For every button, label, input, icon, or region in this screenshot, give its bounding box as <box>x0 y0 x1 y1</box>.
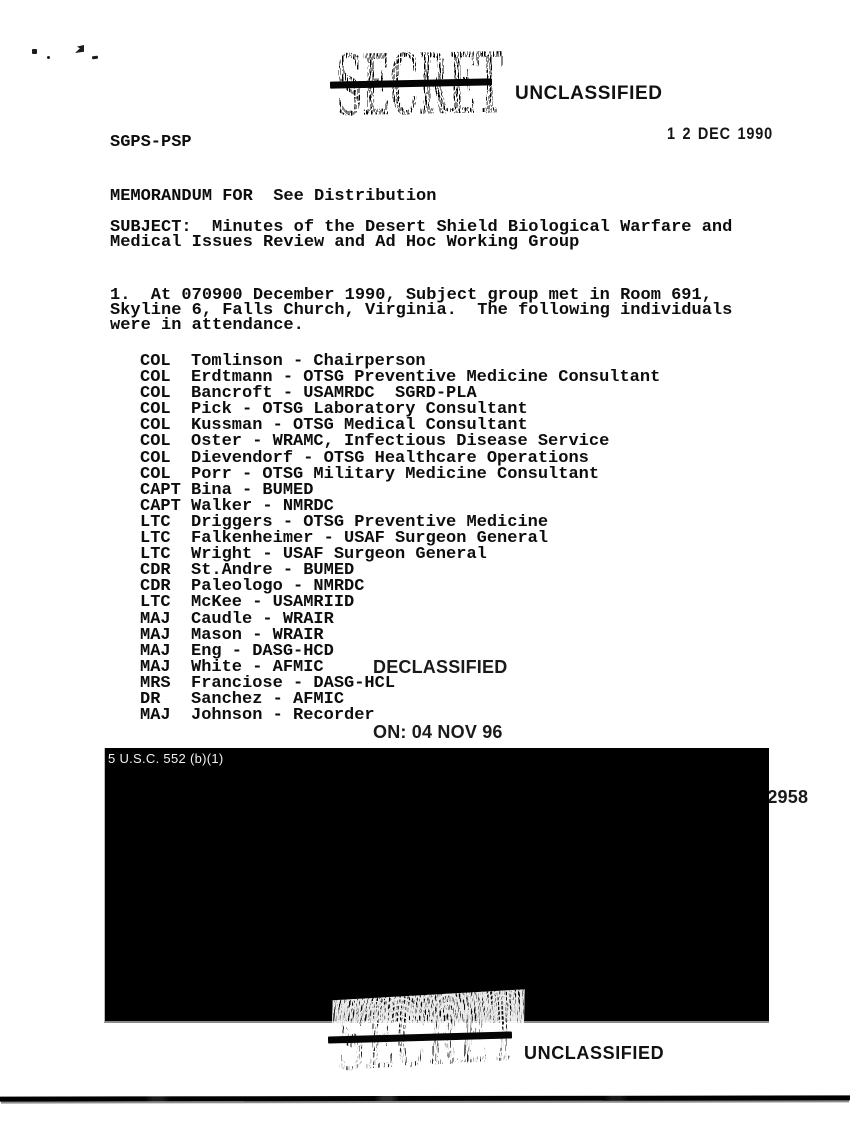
scan-edge-line <box>0 1095 850 1101</box>
ink-speck <box>75 45 84 53</box>
document-page: SECRET UNCLASSIFIED 1 2 DEC 1990 SGPS-PS… <box>0 0 850 1123</box>
redaction-exemption-label: 5 U.S.C. 552 (b)(1) <box>108 751 224 766</box>
declassified-line2: ON: 04 NOV 96 <box>373 722 808 744</box>
subject-block: SUBJECT: Minutes of the Desert Shield Bi… <box>110 220 732 250</box>
ink-speck <box>92 56 98 60</box>
attendee-rank: MAJ <box>140 708 191 724</box>
unclassified-label-top: UNCLASSIFIED <box>515 83 663 105</box>
unclassified-label-bottom: UNCLASSIFIED <box>524 1043 664 1064</box>
redaction-block: 5 U.S.C. 552 (b)(1) <box>104 748 769 1023</box>
date-stamp: 1 2 DEC 1990 <box>667 124 773 144</box>
paragraph-1: 1. At 070900 December 1990, Subject grou… <box>110 288 732 334</box>
ink-speck <box>32 49 37 54</box>
office-symbol: SGPS-PSP <box>110 135 192 150</box>
subject-line: Medical Issues Review and Ad Hoc Working… <box>110 235 732 250</box>
secret-stamp-bottom: SECRET <box>338 1002 707 1082</box>
ink-speck <box>47 56 50 59</box>
declassified-line1: DECLASSIFIED <box>373 657 808 679</box>
memorandum-for-line: MEMORANDUM FOR See Distribution <box>110 189 436 204</box>
attendee-desc: Johnson - Recorder <box>191 706 375 725</box>
paragraph-line: were in attendance. <box>110 318 732 333</box>
